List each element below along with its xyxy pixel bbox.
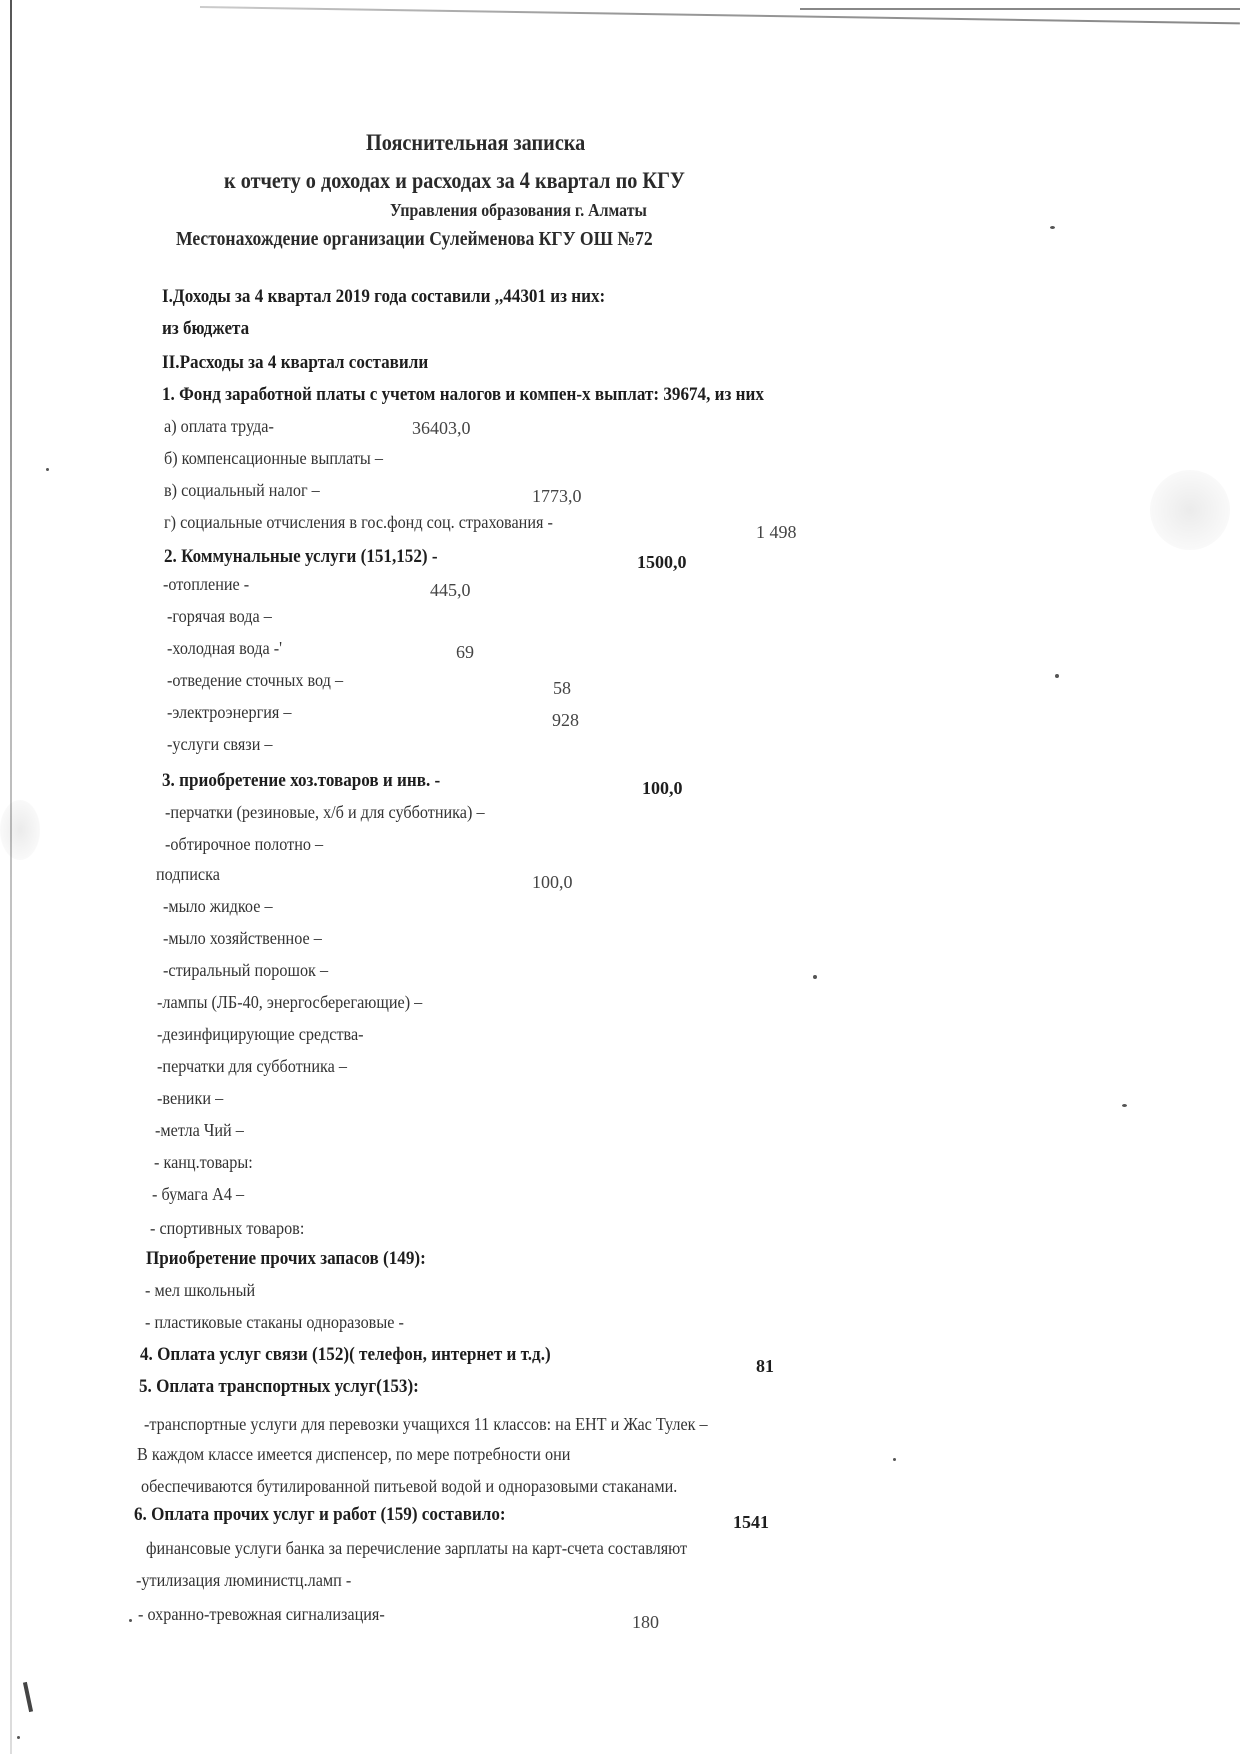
section2-item-label: -горячая вода – <box>167 606 272 627</box>
section2-title: 2. Коммунальные услуги (151,152) - <box>164 546 438 568</box>
section4-title: 4. Оплата услуг связи (152)( телефон, ин… <box>140 1344 551 1366</box>
section3-item-label: -веники – <box>157 1088 223 1109</box>
scan-mark-artifact <box>23 1682 33 1712</box>
scan-speck <box>1122 1104 1127 1107</box>
other-supplies-title: Приобретение прочих запасов (149): <box>146 1248 426 1270</box>
section2-item-label: -услуги связи – <box>167 734 273 755</box>
section3-item-value: 100,0 <box>532 872 573 893</box>
section2-item-value: 445,0 <box>430 580 471 601</box>
scan-speck <box>1055 674 1059 678</box>
section3-item-label: - канц.товары: <box>154 1152 253 1173</box>
section3-item-label: - спортивных товаров: <box>150 1218 304 1239</box>
scan-speck <box>17 1736 20 1739</box>
section6-item-value: 180 <box>632 1612 659 1633</box>
section6-item-label: -утилизация люминистц.ламп - <box>136 1570 351 1591</box>
income-from-budget: из бюджета <box>162 318 249 340</box>
section2-item-value: 69 <box>456 642 474 663</box>
section3-item-label: -метла Чий – <box>155 1120 244 1141</box>
document-title: Пояснительная записка <box>366 130 585 156</box>
document-subtitle: к отчету о доходах и расходах за 4 кварт… <box>224 168 685 194</box>
section3-item-label: -перчатки (резиновые, х/б и для субботни… <box>165 802 485 823</box>
section3-total: 100,0 <box>642 778 683 799</box>
scan-smudge <box>0 800 40 860</box>
section6-item-label: - охранно-тревожная сигнализация- <box>138 1604 385 1625</box>
document-location: Местонахождение организации Сулейменова … <box>176 228 653 251</box>
document-department: Управления образования г. Алматы <box>390 200 647 221</box>
section5-title: 5. Оплата транспортных услуг(153): <box>139 1376 419 1398</box>
section2-item-label: -холодная вода -' <box>167 638 282 659</box>
scan-smudge <box>1150 470 1230 550</box>
section3-item-label: -мыло хозяйственное – <box>163 928 322 949</box>
section1-item-value: 1 498 <box>756 522 797 543</box>
section1-item-label: г) социальные отчисления в гос.фонд соц.… <box>164 512 553 533</box>
other-supplies-item: - мел школьный <box>145 1280 255 1301</box>
section3-item-label: -мыло жидкое – <box>163 896 273 917</box>
section6-item-label: финансовые услуги банка за перечисление … <box>146 1538 687 1559</box>
section3-title: 3. приобретение хоз.товаров и инв. - <box>162 770 440 792</box>
section1-item-label: б) компенсационные выплаты – <box>164 448 383 469</box>
section3-item-label: подписка <box>156 864 220 885</box>
section1-item-value: 1773,0 <box>532 486 582 507</box>
other-supplies-item: - пластиковые стаканы одноразовые - <box>145 1312 404 1333</box>
scan-speck <box>813 975 817 979</box>
section3-item-label: -стиральный порошок – <box>163 960 328 981</box>
scan-edge-artifact <box>10 0 12 1754</box>
scan-line-artifact <box>800 8 1240 10</box>
section1-title: 1. Фонд заработной платы с учетом налого… <box>162 384 764 406</box>
section3-item-label: - бумага А4 – <box>152 1184 244 1205</box>
section3-item-label: -лампы (ЛБ-40, энергосберегающие) – <box>157 992 422 1013</box>
section2-item-label: -отведение сточных вод – <box>167 670 343 691</box>
section5-text: -транспортные услуги для перевозки учащи… <box>144 1414 708 1435</box>
section5-text: В каждом классе имеется диспенсер, по ме… <box>137 1444 570 1465</box>
section6-title: 6. Оплата прочих услуг и работ (159) сос… <box>134 1504 506 1526</box>
section1-item-value: 36403,0 <box>412 418 471 439</box>
section5-text: обеспечиваются бутилированной питьевой в… <box>141 1476 677 1497</box>
section2-total: 1500,0 <box>637 552 687 573</box>
section3-item-label: -обтирочное полотно – <box>165 834 323 855</box>
scan-speck <box>1050 226 1055 229</box>
expenses-heading: II.Расходы за 4 квартал составили <box>162 352 428 374</box>
income-heading: I.Доходы за 4 квартал 2019 года составил… <box>162 286 605 308</box>
scan-speck <box>893 1458 896 1461</box>
section3-item-label: -перчатки для субботника – <box>157 1056 347 1077</box>
section2-item-value: 58 <box>553 678 571 699</box>
scan-speck <box>129 1619 132 1622</box>
scan-speck <box>46 468 49 471</box>
section2-item-value: 928 <box>552 710 579 731</box>
section6-total: 1541 <box>733 1512 769 1533</box>
section2-item-label: -электроэнергия – <box>167 702 291 723</box>
section4-total: 81 <box>756 1356 774 1377</box>
section3-item-label: -дезинфицирующие средства- <box>157 1024 364 1045</box>
section1-item-label: а) оплата труда- <box>164 416 274 437</box>
section1-item-label: в) социальный налог – <box>164 480 320 501</box>
section2-item-label: -отопление - <box>163 574 249 595</box>
